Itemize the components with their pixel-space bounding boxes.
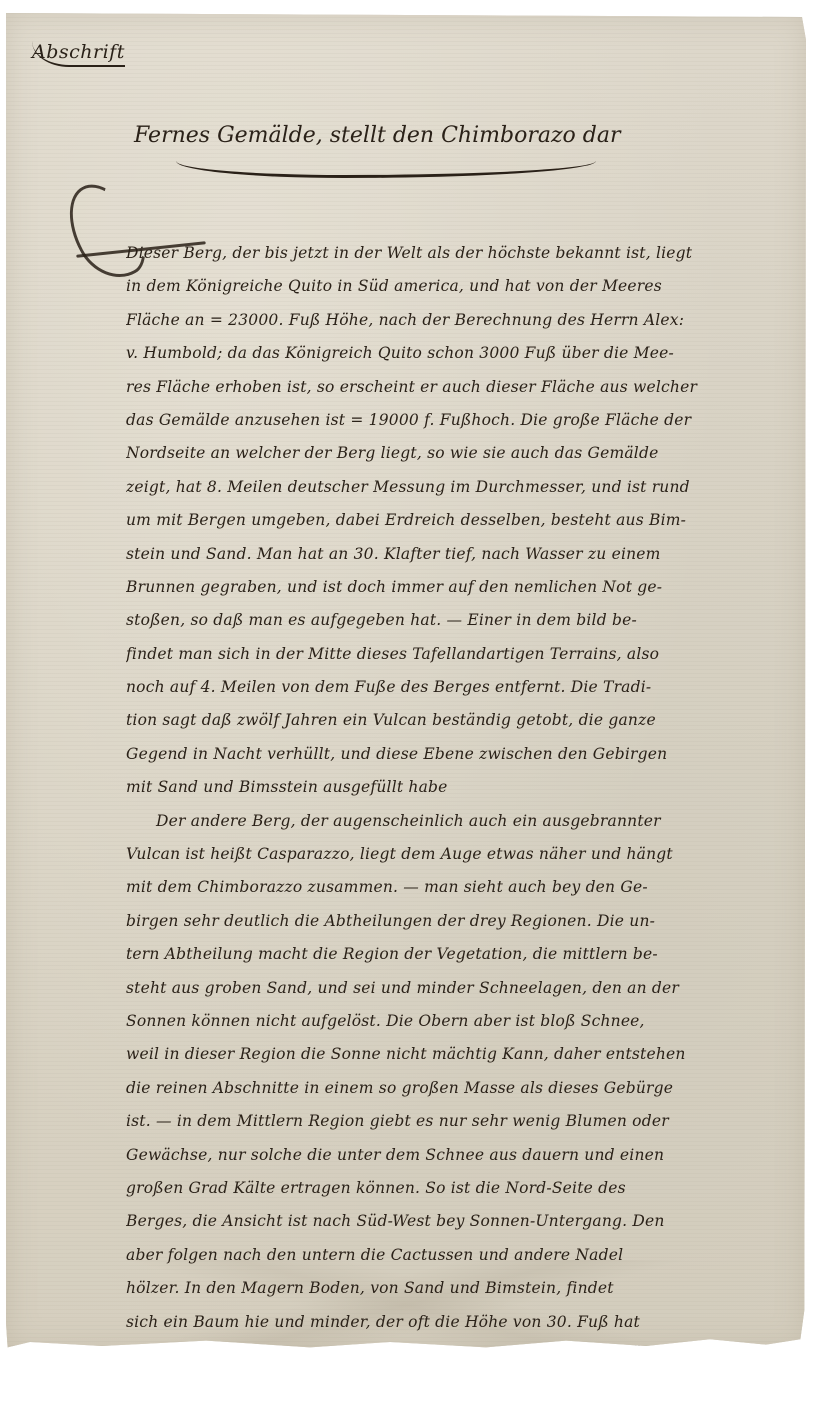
text-line: tern Abtheilung macht die Region der Veg… [126,938,796,971]
text-line: findet man sich in der Mitte dieses Tafe… [126,638,796,671]
text-line: Sonnen können nicht aufgelöst. Die Obern… [126,1005,796,1038]
text-line: v. Humbold; da das Königreich Quito scho… [126,337,796,370]
text-line: Brunnen gegraben, und ist doch immer auf… [126,571,796,604]
text-line: großen Grad Kälte ertragen können. So is… [126,1172,796,1205]
text-line: die reinen Abschnitte in einem so großen… [126,1072,796,1105]
text-line: Dieser Berg, der bis jetzt in der Welt a… [126,237,796,270]
text-line: sich ein Baum hie und minder, der oft di… [126,1306,796,1339]
text-line-paragraph-start: Der andere Berg, der augenscheinlich auc… [126,805,796,838]
text-line: Fläche an = 23000. Fuß Höhe, nach der Be… [126,304,796,337]
manuscript-page: Abschrift Fernes Gemälde, stellt den Chi… [6,13,806,1350]
text-line: birgen sehr deutlich die Abtheilungen de… [126,905,796,938]
text-line: das Gemälde anzusehen ist = 19000 f. Fuß… [126,404,796,437]
text-line: steht aus groben Sand, und sei und minde… [126,972,796,1005]
text-line: weil in dieser Region die Sonne nicht mä… [126,1038,796,1071]
text-line: aber folgen nach den untern die Cactusse… [126,1239,796,1272]
text-line: tion sagt daß zwölf Jahren ein Vulcan be… [126,704,796,737]
text-line: in dem Königreiche Quito in Süd america,… [126,270,796,303]
title-flourish [176,161,596,178]
document-title: Fernes Gemälde, stellt den Chimborazo da… [134,123,621,148]
text-line: ist. — in dem Mittlern Region giebt es n… [126,1105,796,1138]
text-line: Berges, die Ansicht ist nach Süd-West be… [126,1205,796,1238]
text-line: zeigt, hat 8. Meilen deutscher Messung i… [126,471,796,504]
text-line: hölzer. In den Magern Boden, von Sand un… [126,1272,796,1305]
text-line: mit Sand und Bimsstein ausgefüllt habe [126,771,796,804]
text-line: mit dem Chimborazzo zusammen. — man sieh… [126,871,796,904]
header-label: Abschrift [32,41,125,67]
text-line: res Fläche erhoben ist, so erscheint er … [126,371,796,404]
text-line: noch auf 4. Meilen von dem Fuße des Berg… [126,671,796,704]
text-line: Nordseite an welcher der Berg liegt, so … [126,437,796,470]
text-line: um mit Bergen umgeben, dabei Erdreich de… [126,504,796,537]
manuscript-body: Dieser Berg, der bis jetzt in der Welt a… [126,237,796,1357]
text-line: stein und Sand. Man hat an 30. Klafter t… [126,538,796,571]
text-line: Gegend in Nacht verhüllt, und diese Eben… [126,738,796,771]
text-line: stoßen, so daß man es aufgegeben hat. — … [126,604,796,637]
text-line: Vulcan ist heißt Casparazzo, liegt dem A… [126,838,796,871]
text-line: der sich Schinus Molle nennt, ein Gewäch… [126,1339,796,1357]
text-line: Gewächse, nur solche die unter dem Schne… [126,1139,796,1172]
